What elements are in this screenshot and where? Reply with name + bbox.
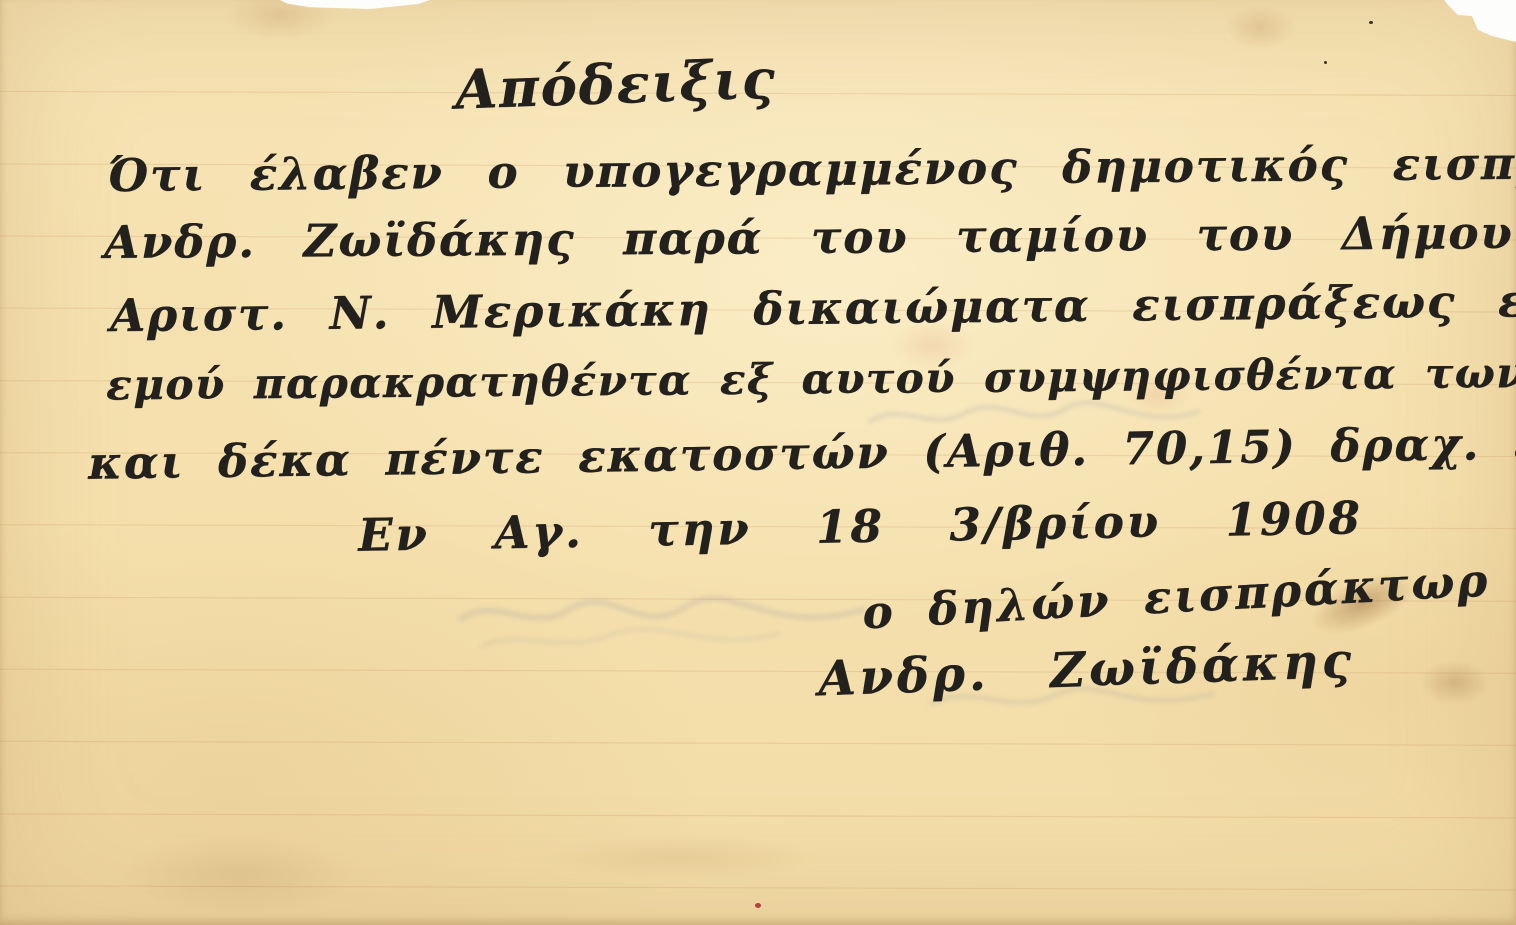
body-line: Ότι έλαβεν ο υπογεγραμμένος δημοτικός ει… <box>108 135 1516 202</box>
signature-name: Ανδρ. Ζωϊδάκης <box>817 633 1356 708</box>
scanned-receipt-page: Απόδειξις Ότι έλαβεν ο υπογεγραμμένος δη… <box>0 0 1516 925</box>
red-speck <box>755 903 761 908</box>
body-line: εμού παρακρατηθέντα εξ αυτού συμψηφισθέν… <box>106 343 1516 409</box>
body-line: Αριστ. Ν. Μερικάκη δικαιώματα εισπράξεως… <box>110 271 1516 342</box>
signature-role: ο δηλών εισπράκτωρ <box>861 554 1491 640</box>
ink-speck <box>1324 61 1327 64</box>
body-line: και δέκα πέντε εκατοστών (Αριθ. 70,15) δ… <box>88 413 1516 490</box>
stain <box>540 835 820 880</box>
stain <box>1420 660 1490 705</box>
document-title: Απόδειξις <box>454 46 777 121</box>
ink-bleedthrough-mark <box>450 575 880 665</box>
ink-speck <box>1369 21 1373 24</box>
stain <box>120 835 360 915</box>
body-line: Ανδρ. Ζωϊδάκης παρά του ταμίου του Δήμου… <box>104 204 1516 269</box>
torn-edge <box>280 0 430 9</box>
dateline: Εν Αγ. την 18 3/βρίου 1908 <box>358 491 1364 562</box>
torn-corner <box>1436 0 1516 50</box>
stain <box>1225 5 1295 50</box>
